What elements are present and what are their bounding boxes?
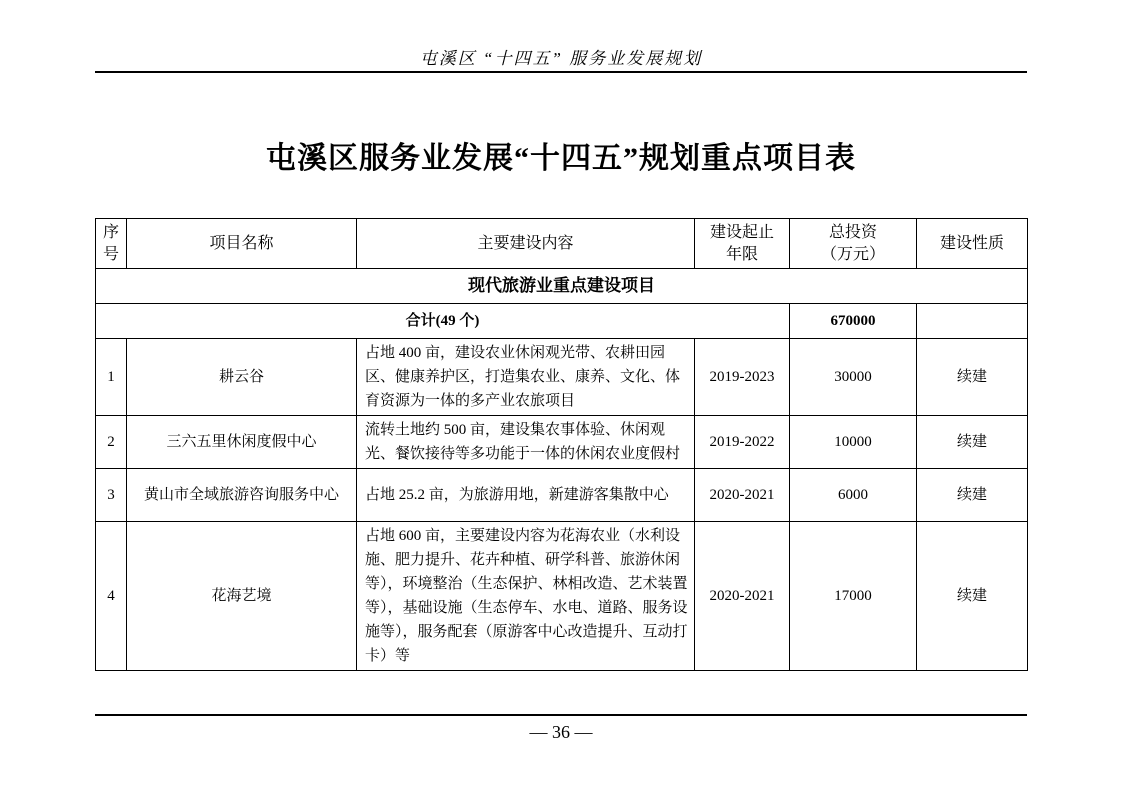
running-header: 屯溪区 “十四五” 服务业发展规划 [0, 44, 1122, 69]
project-table: 序 号 项目名称 主要建设内容 建设起止 年限 总投资 （万元） 建设性质 现代… [95, 218, 1028, 671]
cell-nature: 续建 [917, 522, 1028, 671]
cell-serial: 4 [96, 522, 127, 671]
col-header-nature: 建设性质 [917, 219, 1028, 269]
table-row: 3 黄山市全域旅游咨询服务中心 占地 25.2 亩，为旅游用地，新建游客集散中心… [96, 469, 1028, 522]
section-title: 现代旅游业重点建设项目 [96, 269, 1028, 304]
page-title: 屯溪区服务业发展“十四五”规划重点项目表 [0, 133, 1122, 177]
document-page: 屯溪区 “十四五” 服务业发展规划 屯溪区服务业发展“十四五”规划重点项目表 序… [0, 0, 1122, 793]
col-header-main-content: 主要建设内容 [357, 219, 695, 269]
cell-project-name: 花海艺境 [127, 522, 357, 671]
cell-period: 2020-2021 [695, 522, 790, 671]
cell-project-name: 耕云谷 [127, 339, 357, 416]
cell-project-name: 三六五里休闲度假中心 [127, 416, 357, 469]
table-row: 1 耕云谷 占地 400 亩，建设农业休闲观光带、农耕田园区、健康养护区，打造集… [96, 339, 1028, 416]
cell-investment: 17000 [790, 522, 917, 671]
cell-period: 2019-2022 [695, 416, 790, 469]
page-number: — 36 — [0, 722, 1122, 743]
table-row: 4 花海艺境 占地 600 亩，主要建设内容为花海农业（水利设施、肥力提升、花卉… [96, 522, 1028, 671]
cell-main-content: 占地 600 亩，主要建设内容为花海农业（水利设施、肥力提升、花卉种植、研学科普… [357, 522, 695, 671]
footer-rule [95, 714, 1027, 716]
cell-serial: 2 [96, 416, 127, 469]
table-row: 2 三六五里休闲度假中心 流转土地约 500 亩，建设集农事体验、休闲观光、餐饮… [96, 416, 1028, 469]
total-label: 合计(49 个) [96, 304, 790, 339]
cell-nature: 续建 [917, 416, 1028, 469]
cell-investment: 10000 [790, 416, 917, 469]
cell-investment: 6000 [790, 469, 917, 522]
cell-project-name: 黄山市全域旅游咨询服务中心 [127, 469, 357, 522]
total-row: 合计(49 个) 670000 [96, 304, 1028, 339]
header-rule [95, 71, 1027, 73]
cell-period: 2020-2021 [695, 469, 790, 522]
col-header-serial: 序 号 [96, 219, 127, 269]
cell-main-content: 占地 25.2 亩，为旅游用地，新建游客集散中心 [357, 469, 695, 522]
cell-serial: 3 [96, 469, 127, 522]
total-investment: 670000 [790, 304, 917, 339]
total-nature-empty-cell [917, 304, 1028, 339]
cell-main-content: 占地 400 亩，建设农业休闲观光带、农耕田园区、健康养护区，打造集农业、康养、… [357, 339, 695, 416]
cell-nature: 续建 [917, 469, 1028, 522]
table-header-row: 序 号 项目名称 主要建设内容 建设起止 年限 总投资 （万元） 建设性质 [96, 219, 1028, 269]
cell-serial: 1 [96, 339, 127, 416]
col-header-investment: 总投资 （万元） [790, 219, 917, 269]
cell-nature: 续建 [917, 339, 1028, 416]
col-header-project-name: 项目名称 [127, 219, 357, 269]
col-header-period: 建设起止 年限 [695, 219, 790, 269]
section-header-row: 现代旅游业重点建设项目 [96, 269, 1028, 304]
cell-main-content: 流转土地约 500 亩，建设集农事体验、休闲观光、餐饮接待等多功能于一体的休闲农… [357, 416, 695, 469]
cell-investment: 30000 [790, 339, 917, 416]
cell-period: 2019-2023 [695, 339, 790, 416]
